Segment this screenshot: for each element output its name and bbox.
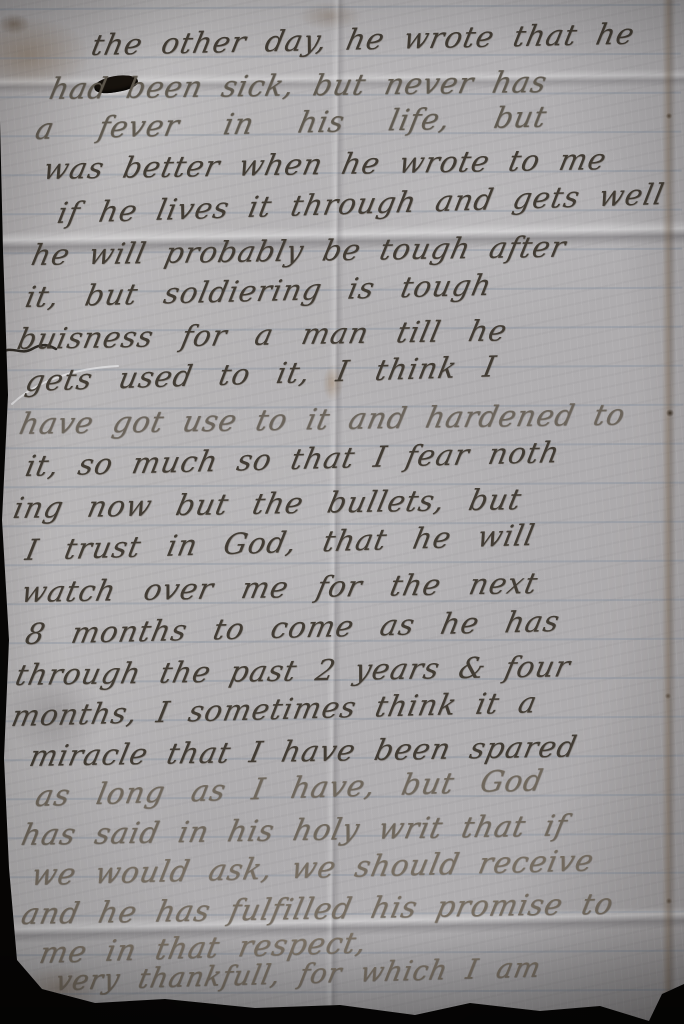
handwriting-line: we would ask, we should receive bbox=[29, 843, 598, 892]
handwriting-line: watch over me for the next bbox=[18, 566, 541, 609]
handwriting-line: I trust in God, that he will bbox=[23, 518, 539, 567]
handwriting-line: he will probably be tough after bbox=[28, 230, 569, 272]
letter-paper: the other day, he wrote that he had been… bbox=[0, 0, 684, 1024]
handwriting-line: through the past 2 years & four bbox=[12, 649, 574, 692]
handwriting-line: have got use to it and hardened to bbox=[16, 398, 629, 441]
handwriting-line: 8 months to come as he has bbox=[22, 604, 563, 651]
letter-photo: the other day, he wrote that he had been… bbox=[0, 0, 684, 1024]
handwriting-line: gets used to it, I think I bbox=[23, 349, 500, 398]
handwriting-line: it, but soldiering is tough bbox=[23, 268, 496, 314]
handwriting-line: and he has fulfilled his promise to bbox=[18, 887, 617, 931]
photo-background: { "page": { "description": "Photograph o… bbox=[0, 0, 684, 1024]
handwriting-line: months, I sometimes think it a bbox=[9, 685, 541, 733]
handwriting-line: it, so much so that I fear noth bbox=[23, 435, 564, 483]
handwriting-line: the other day, he wrote that he bbox=[88, 17, 638, 62]
handwriting-line: was better when he wrote to me bbox=[40, 142, 610, 186]
handwriting-line: ing now but the bullets, but bbox=[10, 482, 525, 525]
handwriting-text: the other day, he wrote that he had been… bbox=[0, 0, 684, 1024]
handwriting-line: buisness for a man till he bbox=[14, 313, 510, 355]
handwriting-line: had been sick, but never has bbox=[46, 65, 550, 106]
handwriting-line: if he lives it through and gets well bbox=[55, 177, 668, 230]
handwriting-line: a fever in his life, but bbox=[32, 100, 550, 146]
